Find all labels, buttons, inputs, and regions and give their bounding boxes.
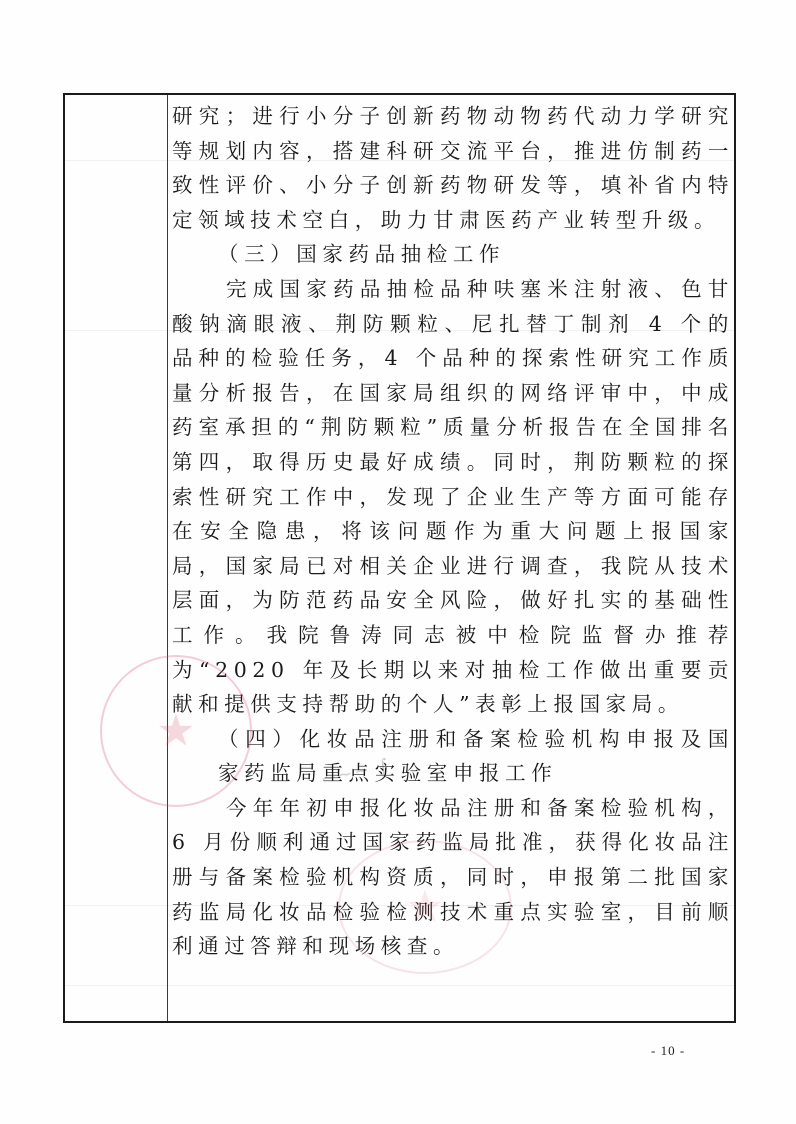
form-table: 研究；进行小分子创新药物动物药代动力学研究等规划内容，搭建科研交流平台，推进仿制… [63,93,736,1023]
paragraph-research-continued: 研究；进行小分子创新药物动物药代动力学研究等规划内容，搭建科研交流平台，推进仿制… [168,99,734,237]
table-content-cell: 研究；进行小分子创新药物动物药代动力学研究等规划内容，搭建科研交流平台，推进仿制… [168,95,734,1021]
table-label-cell [65,95,168,1021]
paragraph-cosmetics-lab: 今年年初申报化妆品注册和备案检验机构，6 月份顺利通过国家药监局批准，获得化妆品… [168,791,734,964]
section-heading-drug-sampling: （三）国家药品抽检工作 [168,237,734,272]
document-page: 研究；进行小分子创新药物动物药代动力学研究等规划内容，搭建科研交流平台，推进仿制… [0,0,796,1124]
page-number: - 10 - [651,1043,685,1059]
section-heading-cosmetics-lab: （四）化妆品注册和备案检验机构申报及国家药监局重点实验室申报工作 [168,722,734,791]
paragraph-drug-sampling: 完成国家药品抽检品种呋塞米注射液、色甘酸钠滴眼液、荆防颗粒、尼扎替丁制剂 4 个… [168,272,734,722]
content-body: 研究；进行小分子创新药物动物药代动力学研究等规划内容，搭建科研交流平台，推进仿制… [168,99,734,964]
